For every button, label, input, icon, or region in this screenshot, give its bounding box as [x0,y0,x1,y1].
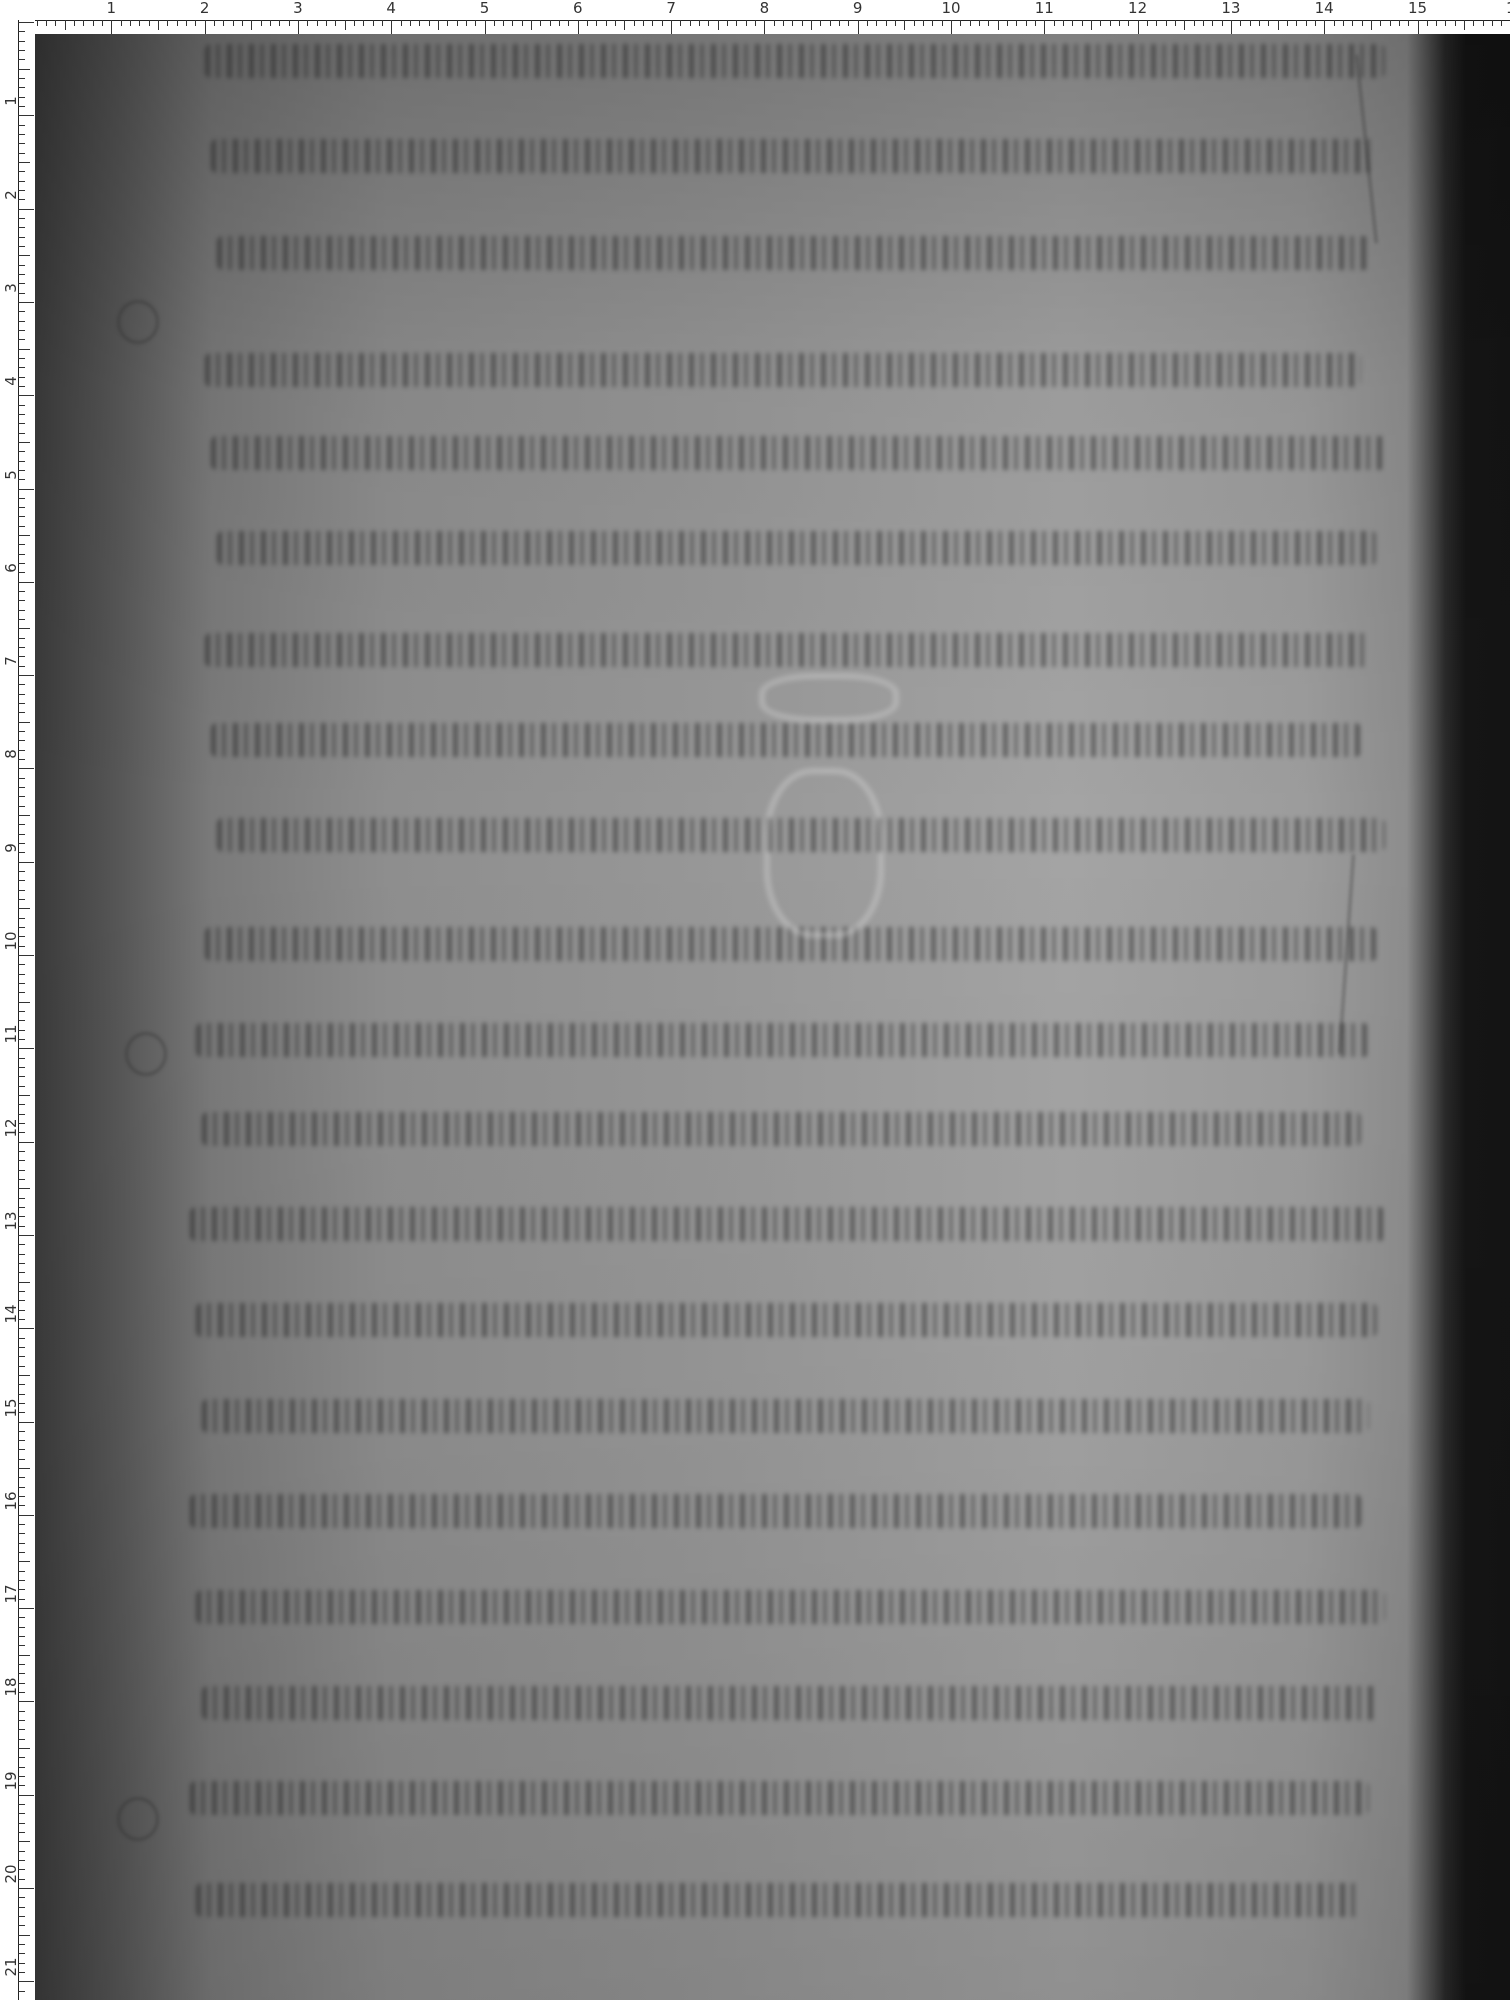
ruler-tick [93,20,94,26]
ruler-tick [671,20,672,34]
ruler-left-label: 11 [3,1024,19,1044]
ruler-tick [1287,20,1288,26]
ruler-tick [18,1944,25,1945]
ruler-tick [18,498,25,499]
ruler-tick [167,20,168,26]
ruler-tick [18,433,25,434]
ruler-tick [18,647,25,648]
ruler-tick [289,20,290,26]
ruler-tick [18,1720,25,1721]
ruler-tick [18,1757,25,1758]
ruler-tick [1427,20,1428,26]
ruler-tick [18,78,25,79]
ruler-tick [559,20,560,26]
ruler-tick [18,731,25,732]
ruler-tick [18,1991,25,1992]
ruler-top-label: 14 [1315,0,1334,16]
ruler-tick [1175,20,1176,26]
ruler-left: 123456789101112131415161718192021 [0,0,35,2000]
ruler-tick [18,862,34,863]
ruler-tick [1464,20,1465,30]
ruler-tick [158,20,159,30]
ruler-tick [18,1608,34,1609]
manuscript-text-line [205,927,1377,961]
ruler-tick [18,1543,25,1544]
ruler-tick [18,694,25,695]
ruler-left-label: 12 [3,1118,19,1138]
ruler-tick [18,591,25,592]
manuscript-text-line [205,353,1361,387]
ruler-tick [18,526,25,527]
ruler-left-label: 5 [3,465,19,485]
ruler-tick [1063,20,1064,26]
ruler-top-label: 12 [1128,0,1147,16]
ruler-top-label: 5 [480,0,490,16]
ruler-tick [18,227,25,228]
ruler-tick [587,20,588,26]
ruler-tick [18,22,34,23]
ruler-tick [46,20,47,26]
ruler-tick [680,20,681,26]
ruler-tick [18,1198,25,1199]
ruler-tick [18,1104,25,1105]
ruler-tick [792,20,793,26]
ruler-tick [1240,20,1241,26]
ruler-left-label: 15 [3,1398,19,1418]
ruler-tick [1473,20,1474,26]
ruler-tick [18,1095,30,1096]
ruler-tick [18,1048,34,1049]
ruler-tick [18,237,25,238]
manuscript-text-line [211,436,1385,470]
ruler-tick [307,20,308,26]
ruler-tick [177,20,178,26]
ruler-tick [1343,20,1344,26]
ruler-left-label: 17 [3,1584,19,1604]
ruler-tick [643,20,644,26]
ruler-tick [18,339,25,340]
ruler-tick [18,1907,25,1908]
manuscript-text-line [217,531,1377,565]
ruler-top-label: 13 [1221,0,1240,16]
ruler-tick [18,31,25,32]
ruler-tick [540,20,541,26]
ruler-tick [18,955,34,956]
ruler-tick [1212,20,1213,26]
ruler-tick [18,1981,34,1982]
manuscript-scan [35,34,1510,2000]
ruler-tick [1044,20,1045,34]
ruler-tick [1455,20,1456,26]
ruler-tick [18,983,25,984]
ruler-tick [18,927,25,928]
ruler-tick [18,815,30,816]
ruler-tick [373,20,374,26]
ruler-tick [18,1860,25,1861]
ruler-tick [18,87,25,88]
ruler-left-label: 8 [3,744,19,764]
ruler-tick [1315,20,1316,26]
ruler-tick [102,20,103,26]
ruler-tick [727,20,728,26]
ruler-tick [1007,20,1008,26]
ruler-tick [942,20,943,26]
ruler-tick [18,302,34,303]
ruler-top-label: 4 [386,0,396,16]
manuscript-text-line [196,1023,1369,1057]
ruler-tick [18,974,25,975]
ruler-tick [624,20,625,30]
ruler-tick [1054,20,1055,26]
ruler-left-label: 16 [3,1491,19,1511]
ruler-tick [326,20,327,26]
ruler-tick [205,20,206,34]
ruler-tick [699,20,700,26]
ruler-tick [391,20,392,34]
ruler-tick [18,582,34,583]
ruler-tick [970,20,971,26]
ruler-tick [18,1020,25,1021]
ruler-tick [18,330,25,331]
ruler-tick [18,544,25,545]
ruler-tick [1492,20,1493,26]
ruler-top-label: 9 [853,0,863,16]
ruler-tick [18,796,25,797]
ruler-tick [18,1515,34,1516]
ruler-top-label: 6 [573,0,583,16]
ruler-top-label: 11 [1035,0,1054,16]
ruler-tick [18,1487,25,1488]
ruler-tick [18,1114,25,1115]
manuscript-text-line [190,1494,1361,1528]
ruler-tick [18,1076,25,1077]
ruler-tick [18,619,25,620]
ruler-tick [1072,20,1073,26]
ruler-tick [130,20,131,26]
ruler-left-label: 1 [3,91,19,111]
ruler-left-label: 19 [3,1771,19,1791]
ruler-tick [18,209,34,210]
ruler-tick [18,1851,25,1852]
ruler-tick [18,1627,25,1628]
ruler-tick [18,1394,25,1395]
ruler-tick [18,1701,34,1702]
ruler-tick [18,628,30,629]
ruler-tick [18,554,25,555]
ruler-left-label: 3 [3,278,19,298]
ruler-tick [37,20,38,26]
ruler-tick [18,265,25,266]
ruler-tick [18,321,25,322]
ruler-tick [18,1254,25,1255]
ruler-tick [736,20,737,26]
ruler-tick [233,20,234,26]
ruler-tick [764,20,765,34]
ruler-tick [270,20,271,26]
ruler-tick [18,1533,25,1534]
ruler-tick [18,423,25,424]
ruler-tick [634,20,635,26]
manuscript-text-line [196,1303,1377,1337]
ruler-left-label: 7 [3,651,19,671]
manuscript-text-line [196,1883,1361,1917]
ruler-left-label: 13 [3,1211,19,1231]
ruler-tick [18,759,25,760]
ruler-tick [1362,20,1363,26]
ruler-tick [18,59,25,60]
ruler-tick [74,20,75,26]
ruler-tick [18,1431,25,1432]
ruler-tick [1371,20,1372,30]
ruler-tick [774,20,775,26]
ruler-tick [18,1664,25,1665]
ruler-tick [18,1571,25,1572]
ruler-tick [18,451,25,452]
ruler-tick [354,20,355,26]
ruler-tick [18,69,30,70]
binding-hole [125,1032,167,1076]
ruler-tick [18,824,25,825]
ruler-tick [1278,20,1279,30]
ruler-tick [578,20,579,34]
ruler-tick [18,405,25,406]
ruler-tick [1501,20,1502,26]
ruler-tick [18,703,25,704]
ruler-tick [363,20,364,26]
ruler-tick [18,1170,25,1171]
ruler-tick [335,20,336,26]
ruler-left-label: 9 [3,838,19,858]
ruler-tick [18,143,25,144]
ruler-tick [708,20,709,26]
ruler-tick [652,20,653,26]
ruler-tick [1222,20,1223,26]
ruler-tick [18,600,25,601]
ruler-tick [18,1002,30,1003]
ruler-tick [18,386,25,387]
manuscript-text-line [202,1112,1361,1146]
ruler-tick [18,684,25,685]
ruler-tick [18,1636,25,1637]
ruler-tick [18,1804,25,1805]
ruler-tick [18,1384,25,1385]
ruler-tick [214,20,215,26]
ruler-tick [18,125,25,126]
stain-mark [765,769,883,937]
ruler-tick [1334,20,1335,26]
ruler-tick [1418,20,1419,34]
ruler-top-label: 10 [941,0,960,16]
ruler-tick [1110,20,1111,26]
ruler-tick [429,20,430,26]
ruler-tick [18,964,25,965]
manuscript-text-line [211,723,1361,757]
ruler-tick [662,20,663,26]
ruler-tick [1194,20,1195,26]
ruler-tick [18,1729,25,1730]
ruler-tick [18,1673,25,1674]
ruler-tick [1091,20,1092,30]
ruler-tick [18,134,25,135]
ruler-tick [550,20,551,26]
ruler-tick [1016,20,1017,26]
ruler-tick [18,1282,30,1283]
ruler-top: 01234567891011121314151 [0,0,1510,34]
ruler-left-label: 4 [3,371,19,391]
ruler-tick [401,20,402,26]
ruler-tick [83,20,84,26]
ruler-tick [1166,20,1167,26]
ruler-tick [1128,20,1129,26]
ruler-tick [18,778,25,779]
ruler-tick [18,1524,25,1525]
ruler-tick [923,20,924,26]
ruler-tick [1231,20,1232,34]
ruler-tick [251,20,252,30]
ruler-tick [18,1300,25,1301]
ruler-tick [279,20,280,26]
manuscript-text-line [217,236,1369,270]
ruler-tick [18,1953,25,1954]
ruler-tick [1082,20,1083,26]
ruler-tick [18,1767,25,1768]
ruler-tick [18,1440,25,1441]
ruler-tick [18,1561,30,1562]
ruler-tick [18,1244,25,1245]
ruler-tick [18,1795,34,1796]
ruler-tick [438,20,439,30]
ruler-tick [18,1739,25,1740]
ruler-tick [18,1459,25,1460]
ruler-tick [1483,20,1484,26]
ruler-tick [345,20,346,30]
ruler-tick [447,20,448,26]
ruler-tick [1259,20,1260,26]
ruler-tick [1184,20,1185,30]
ruler-tick [811,20,812,30]
ruler-tick [895,20,896,26]
ruler-tick [18,1711,25,1712]
ruler-tick [1324,20,1325,34]
ruler-tick [18,1207,25,1208]
ruler-tick [18,218,25,219]
binding-hole [117,1797,159,1841]
manuscript-text-line [190,1207,1385,1241]
ruler-tick [596,20,597,26]
ruler-tick [998,20,999,30]
ruler-tick [18,1897,25,1898]
ruler-tick [317,20,318,26]
ruler-tick [18,461,25,462]
ruler-tick [18,115,34,116]
ruler-tick [18,1151,25,1152]
ruler-tick [18,1477,25,1478]
ruler-tick [820,20,821,26]
ruler-tick [531,20,532,30]
ruler-tick [18,106,25,107]
ruler-tick [951,20,952,34]
ruler-tick [1436,20,1437,26]
manuscript-text-line [211,139,1377,173]
ruler-tick [18,1422,34,1423]
ruler-tick [858,20,859,34]
ruler-tick [830,20,831,26]
ruler-left-label: 18 [3,1677,19,1697]
ruler-tick [18,1841,30,1842]
binding-hole [117,300,159,344]
ruler-tick [522,20,523,26]
ruler-tick [18,1617,25,1618]
manuscript-text-line [205,633,1369,667]
ruler-tick [139,20,140,26]
ruler-tick [18,1823,25,1824]
ruler-tick [18,41,25,42]
ruler-tick [18,414,25,415]
ruler-tick [1296,20,1297,26]
ruler-tick [18,489,34,490]
stain-mark [760,674,898,722]
ruler-tick [457,20,458,26]
ruler-tick [149,20,150,26]
ruler-tick [18,1468,30,1469]
ruler-tick [18,153,25,154]
ruler-tick [111,20,112,34]
ruler-tick [18,311,25,312]
ruler-tick [18,1142,34,1143]
ruler-tick [18,1328,34,1329]
ruler-tick [18,610,25,611]
ruler-tick [904,20,905,30]
ruler-tick [18,1552,25,1553]
ruler-tick [1026,20,1027,26]
ruler-tick [18,1235,34,1236]
ruler-tick [802,20,803,26]
ruler-tick [1156,20,1157,26]
ruler-tick [18,638,25,639]
ruler-tick [18,535,30,536]
ruler-tick [18,255,30,256]
ruler-tick [223,20,224,26]
ruler-top-label: 15 [1408,0,1427,16]
ruler-tick [18,918,25,919]
ruler-tick [55,20,56,26]
ruler-tick [1203,20,1204,26]
ruler-tick [979,20,980,26]
ruler-tick [18,1366,25,1367]
ruler-tick [746,20,747,26]
ruler-tick [18,722,30,723]
ruler-tick [960,20,961,26]
ruler-tick [615,20,616,26]
ruler-tick [1268,20,1269,26]
ruler-tick [1100,20,1101,26]
ruler-tick [18,1263,25,1264]
ruler-tick [1399,20,1400,26]
ruler-tick [1445,20,1446,26]
ruler-left-label: 21 [3,1957,19,1977]
ruler-top-label: 2 [200,0,210,16]
ruler-tick [18,1449,25,1450]
ruler-tick [18,768,34,769]
ruler-tick [419,20,420,26]
ruler-tick [18,890,25,891]
ruler-tick [466,20,467,26]
ruler-tick [18,171,25,172]
ruler-tick [18,675,34,676]
ruler-tick [1138,20,1139,34]
ruler-left-label: 2 [3,185,19,205]
ruler-tick [121,20,122,26]
